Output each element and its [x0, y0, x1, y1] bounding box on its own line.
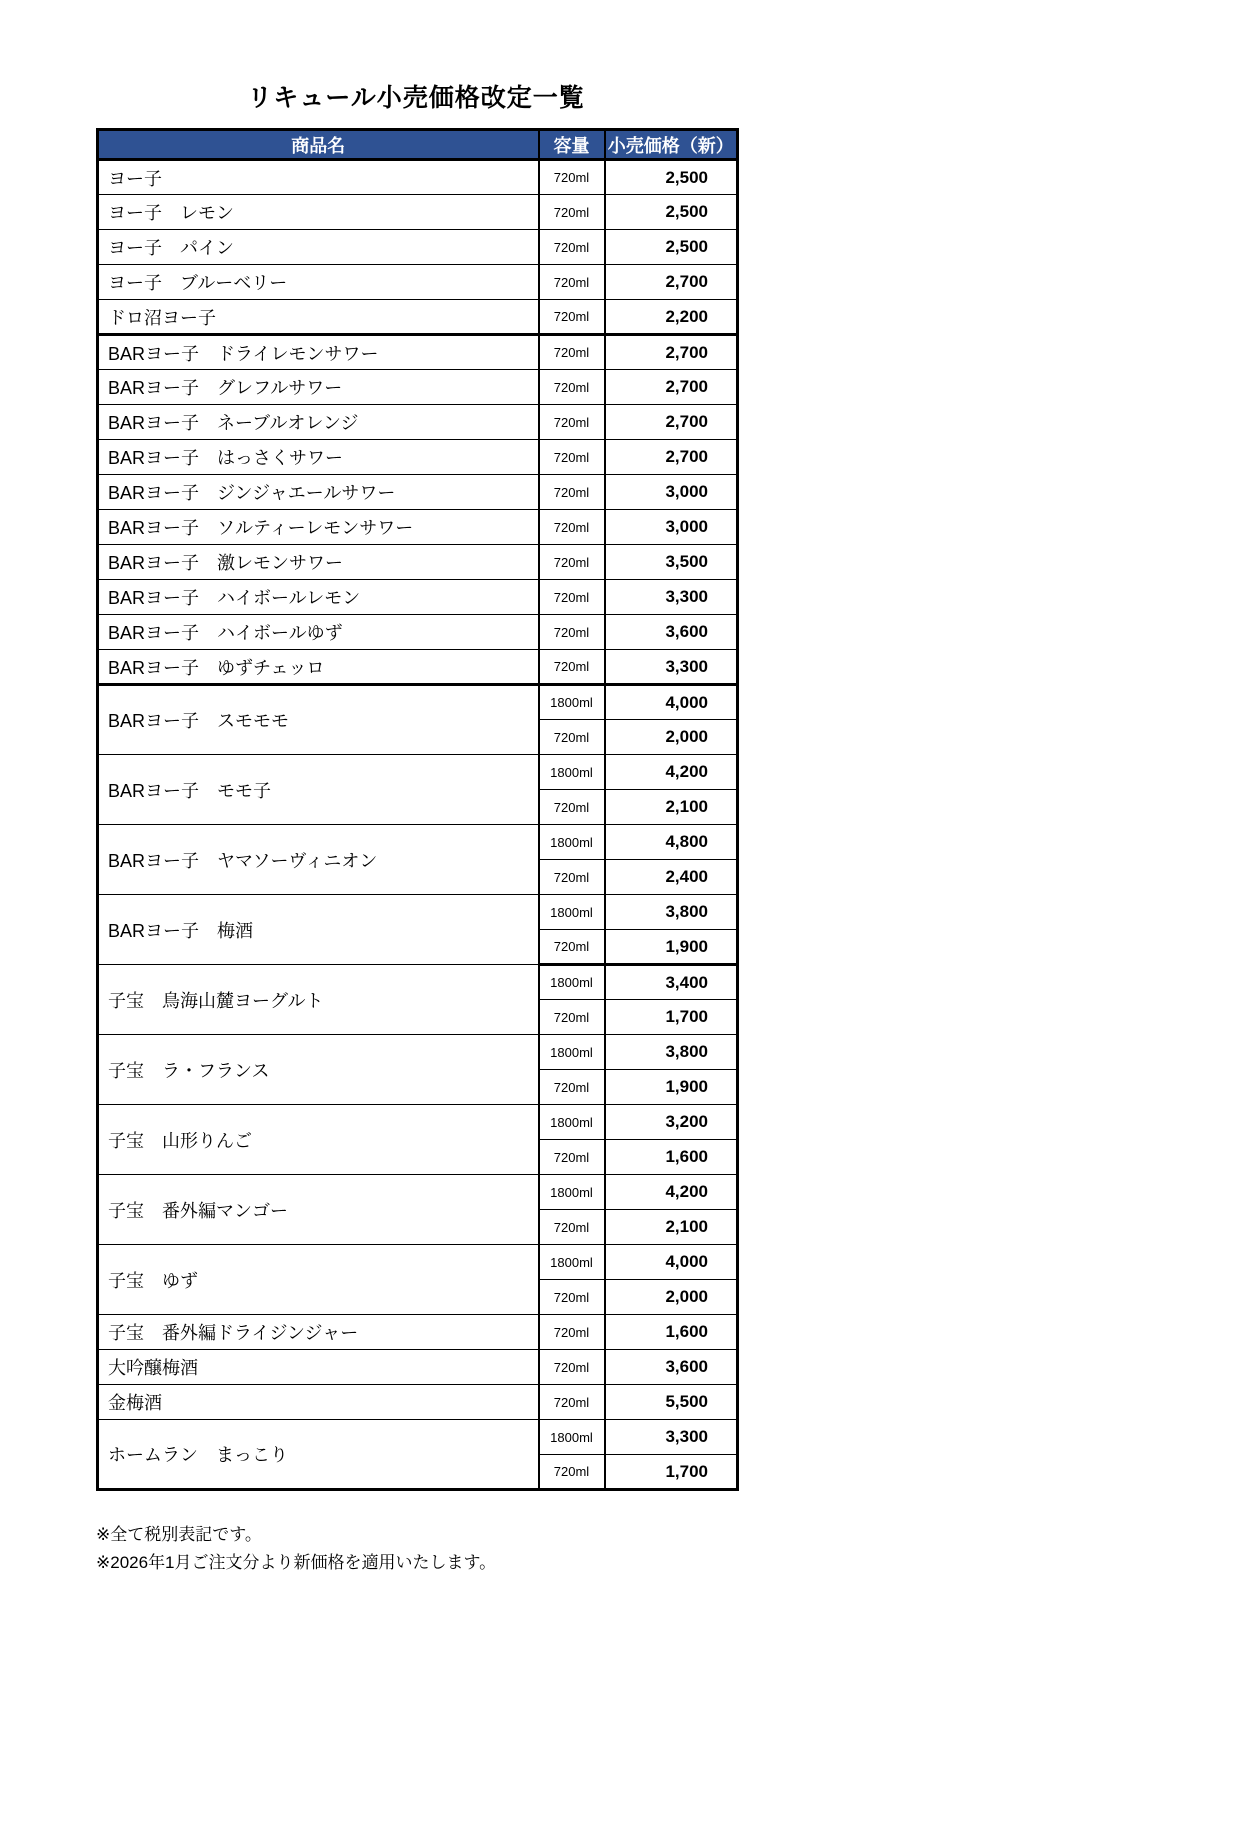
price-value: 2,500	[605, 230, 738, 265]
table-row: 子宝 ゆず1800ml4,000	[98, 1245, 738, 1280]
price-value: 2,700	[605, 370, 738, 405]
volume-value: 720ml	[539, 1000, 605, 1035]
product-name: 子宝 番外編マンゴー	[98, 1175, 539, 1245]
product-name: 子宝 ラ・フランス	[98, 1035, 539, 1105]
price-value: 2,500	[605, 195, 738, 230]
volume-value: 720ml	[539, 1210, 605, 1245]
volume-value: 720ml	[539, 720, 605, 755]
volume-value: 720ml	[539, 1315, 605, 1350]
volume-value: 720ml	[539, 650, 605, 685]
product-name: BARヨー子 ゆずチェッロ	[98, 650, 539, 685]
table-row: 金梅酒720ml5,500	[98, 1385, 738, 1420]
product-name: BARヨー子 グレフルサワー	[98, 370, 539, 405]
volume-value: 1800ml	[539, 825, 605, 860]
volume-value: 720ml	[539, 615, 605, 650]
volume-value: 720ml	[539, 195, 605, 230]
volume-value: 1800ml	[539, 1175, 605, 1210]
volume-value: 1800ml	[539, 685, 605, 720]
price-value: 3,300	[605, 580, 738, 615]
product-name: 金梅酒	[98, 1385, 539, 1420]
product-name: 子宝 鳥海山麓ヨーグルト	[98, 965, 539, 1035]
volume-value: 1800ml	[539, 965, 605, 1000]
volume-value: 720ml	[539, 300, 605, 335]
footnotes: ※全て税別表記です。 ※2026年1月ご注文分より新価格を適用いたします。	[96, 1521, 736, 1577]
table-row: 大吟醸梅酒720ml3,600	[98, 1350, 738, 1385]
table-row: BARヨー子 ヤマソーヴィニオン1800ml4,800	[98, 825, 738, 860]
price-value: 2,700	[605, 405, 738, 440]
product-name: BARヨー子 ジンジャエールサワー	[98, 475, 539, 510]
price-value: 2,100	[605, 790, 738, 825]
price-value: 4,000	[605, 685, 738, 720]
volume-value: 720ml	[539, 545, 605, 580]
volume-value: 720ml	[539, 335, 605, 370]
volume-value: 1800ml	[539, 1420, 605, 1455]
volume-value: 720ml	[539, 790, 605, 825]
table-row: ヨー子 パイン720ml2,500	[98, 230, 738, 265]
volume-value: 1800ml	[539, 1245, 605, 1280]
table-row: BARヨー子 ジンジャエールサワー720ml3,000	[98, 475, 738, 510]
volume-value: 1800ml	[539, 1105, 605, 1140]
table-row: BARヨー子 激レモンサワー720ml3,500	[98, 545, 738, 580]
table-row: BARヨー子 はっさくサワー720ml2,700	[98, 440, 738, 475]
price-value: 2,000	[605, 1280, 738, 1315]
price-value: 3,300	[605, 650, 738, 685]
table-row: BARヨー子 ドライレモンサワー720ml2,700	[98, 335, 738, 370]
volume-value: 720ml	[539, 510, 605, 545]
price-value: 3,200	[605, 1105, 738, 1140]
footnote-effective-date: ※2026年1月ご注文分より新価格を適用いたします。	[96, 1549, 736, 1577]
column-header-product: 商品名	[98, 130, 539, 160]
table-row: 子宝 番外編ドライジンジャー720ml1,600	[98, 1315, 738, 1350]
table-row: 子宝 番外編マンゴー1800ml4,200	[98, 1175, 738, 1210]
table-row: ヨー子 レモン720ml2,500	[98, 195, 738, 230]
page-title: リキュール小売価格改定一覧	[96, 78, 736, 114]
product-name: BARヨー子 はっさくサワー	[98, 440, 539, 475]
price-value: 3,400	[605, 965, 738, 1000]
volume-value: 1800ml	[539, 895, 605, 930]
volume-value: 720ml	[539, 475, 605, 510]
table-row: 子宝 山形りんご1800ml3,200	[98, 1105, 738, 1140]
product-name: BARヨー子 激レモンサワー	[98, 545, 539, 580]
price-value: 2,100	[605, 1210, 738, 1245]
column-header-volume: 容量	[539, 130, 605, 160]
price-value: 3,300	[605, 1420, 738, 1455]
product-name: ホームラン まっこり	[98, 1420, 539, 1490]
product-name: BARヨー子 梅酒	[98, 895, 539, 965]
volume-value: 1800ml	[539, 1035, 605, 1070]
product-name: 子宝 山形りんご	[98, 1105, 539, 1175]
price-value: 3,800	[605, 1035, 738, 1070]
volume-value: 720ml	[539, 1385, 605, 1420]
product-name: BARヨー子 ドライレモンサワー	[98, 335, 539, 370]
product-name: 子宝 ゆず	[98, 1245, 539, 1315]
product-name: 子宝 番外編ドライジンジャー	[98, 1315, 539, 1350]
price-value: 3,800	[605, 895, 738, 930]
volume-value: 720ml	[539, 440, 605, 475]
price-value: 4,200	[605, 755, 738, 790]
table-row: BARヨー子 ハイボールレモン720ml3,300	[98, 580, 738, 615]
product-name: BARヨー子 ソルティーレモンサワー	[98, 510, 539, 545]
volume-value: 720ml	[539, 405, 605, 440]
product-name: ヨー子 パイン	[98, 230, 539, 265]
volume-value: 720ml	[539, 860, 605, 895]
product-name: BARヨー子 ハイボールレモン	[98, 580, 539, 615]
price-value: 3,600	[605, 615, 738, 650]
price-value: 1,600	[605, 1315, 738, 1350]
document-body: リキュール小売価格改定一覧 商品名 容量 小売価格（新） ヨー子720ml2,5…	[96, 78, 736, 1577]
price-value: 4,800	[605, 825, 738, 860]
product-name: BARヨー子 スモモモ	[98, 685, 539, 755]
table-row: 子宝 鳥海山麓ヨーグルト1800ml3,400	[98, 965, 738, 1000]
table-header-row: 商品名 容量 小売価格（新）	[98, 130, 738, 160]
price-value: 1,600	[605, 1140, 738, 1175]
table-row: BARヨー子 ゆずチェッロ720ml3,300	[98, 650, 738, 685]
product-name: ドロ沼ヨー子	[98, 300, 539, 335]
table-row: BARヨー子 ネーブルオレンジ720ml2,700	[98, 405, 738, 440]
table-row: ヨー子720ml2,500	[98, 160, 738, 195]
table-row: ホームラン まっこり1800ml3,300	[98, 1420, 738, 1455]
price-value: 2,000	[605, 720, 738, 755]
product-name: BARヨー子 ヤマソーヴィニオン	[98, 825, 539, 895]
volume-value: 720ml	[539, 370, 605, 405]
table-row: 子宝 ラ・フランス1800ml3,800	[98, 1035, 738, 1070]
product-name: 大吟醸梅酒	[98, 1350, 539, 1385]
product-name: BARヨー子 モモ子	[98, 755, 539, 825]
price-value: 1,700	[605, 1000, 738, 1035]
price-value: 2,500	[605, 160, 738, 195]
volume-value: 720ml	[539, 580, 605, 615]
price-value: 4,000	[605, 1245, 738, 1280]
price-value: 1,700	[605, 1455, 738, 1490]
volume-value: 720ml	[539, 230, 605, 265]
price-value: 2,200	[605, 300, 738, 335]
volume-value: 720ml	[539, 1455, 605, 1490]
price-value: 2,400	[605, 860, 738, 895]
product-name: ヨー子 レモン	[98, 195, 539, 230]
price-value: 3,600	[605, 1350, 738, 1385]
price-value: 2,700	[605, 440, 738, 475]
volume-value: 720ml	[539, 1350, 605, 1385]
volume-value: 720ml	[539, 1280, 605, 1315]
price-value: 1,900	[605, 930, 738, 965]
price-table-body: ヨー子720ml2,500ヨー子 レモン720ml2,500ヨー子 パイン720…	[98, 160, 738, 1490]
volume-value: 720ml	[539, 265, 605, 300]
table-row: BARヨー子 グレフルサワー720ml2,700	[98, 370, 738, 405]
table-row: BARヨー子 スモモモ1800ml4,000	[98, 685, 738, 720]
volume-value: 720ml	[539, 1070, 605, 1105]
product-name: ヨー子 ブルーベリー	[98, 265, 539, 300]
price-value: 3,000	[605, 510, 738, 545]
price-value: 3,000	[605, 475, 738, 510]
price-table: 商品名 容量 小売価格（新） ヨー子720ml2,500ヨー子 レモン720ml…	[96, 128, 739, 1491]
product-name: BARヨー子 ネーブルオレンジ	[98, 405, 539, 440]
price-value: 3,500	[605, 545, 738, 580]
table-row: BARヨー子 ハイボールゆず720ml3,600	[98, 615, 738, 650]
price-value: 5,500	[605, 1385, 738, 1420]
page: { "title": "リキュール小売価格改定一覧", "table": { "…	[0, 78, 1241, 1833]
table-row: BARヨー子 ソルティーレモンサワー720ml3,000	[98, 510, 738, 545]
price-value: 1,900	[605, 1070, 738, 1105]
product-name: ヨー子	[98, 160, 539, 195]
product-name: BARヨー子 ハイボールゆず	[98, 615, 539, 650]
volume-value: 720ml	[539, 930, 605, 965]
price-value: 4,200	[605, 1175, 738, 1210]
table-row: BARヨー子 モモ子1800ml4,200	[98, 755, 738, 790]
price-value: 2,700	[605, 265, 738, 300]
column-header-price: 小売価格（新）	[605, 130, 738, 160]
table-row: ドロ沼ヨー子720ml2,200	[98, 300, 738, 335]
volume-value: 720ml	[539, 1140, 605, 1175]
volume-value: 720ml	[539, 160, 605, 195]
price-value: 2,700	[605, 335, 738, 370]
footnote-tax: ※全て税別表記です。	[96, 1521, 736, 1549]
volume-value: 1800ml	[539, 755, 605, 790]
table-row: ヨー子 ブルーベリー720ml2,700	[98, 265, 738, 300]
table-row: BARヨー子 梅酒1800ml3,800	[98, 895, 738, 930]
